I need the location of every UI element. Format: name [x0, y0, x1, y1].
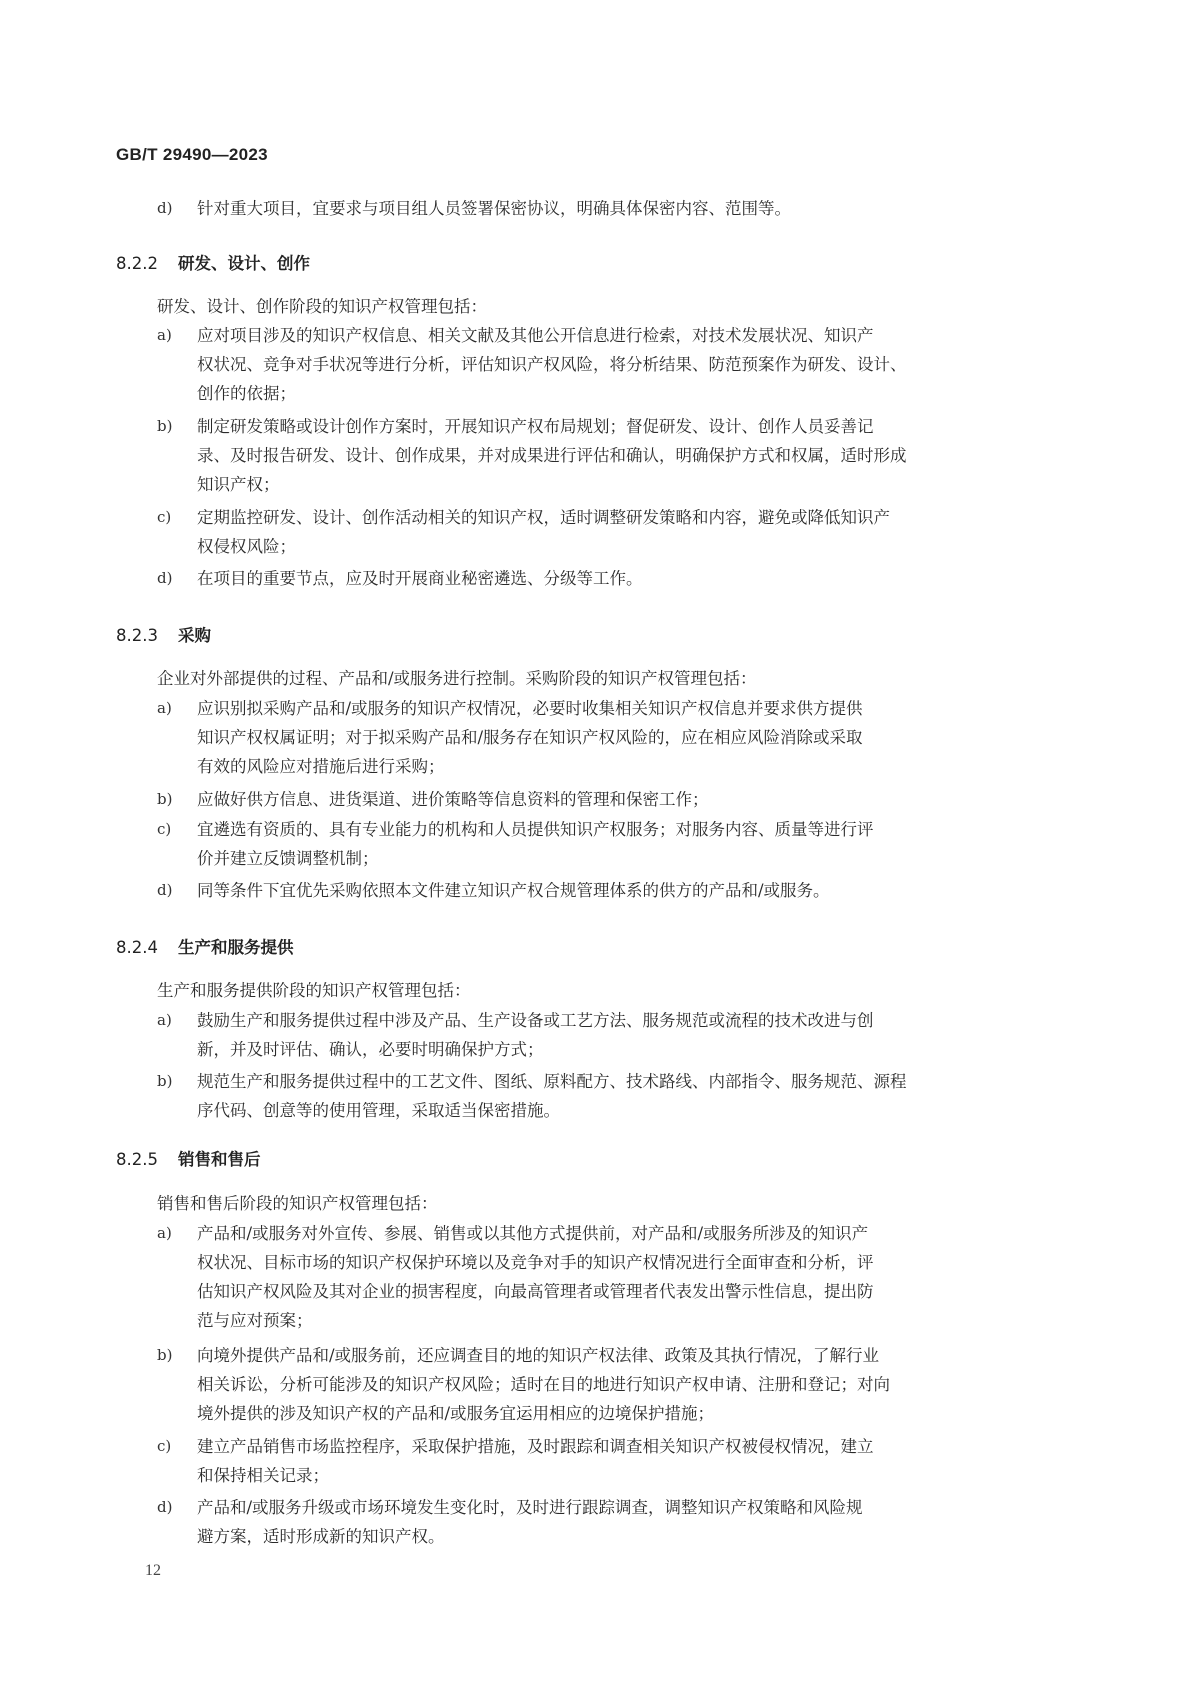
item-text: 针对重大项目，宜要求与项目组人员签署保密协议，明确具体保密内容、范围等。	[197, 194, 1107, 223]
item-label: c)	[157, 1432, 189, 1461]
section-title: 研发、设计、创作	[178, 254, 310, 273]
text-line: 知识产权；	[197, 470, 1107, 499]
text-line: 有效的风险应对措施后进行采购；	[197, 752, 1107, 781]
item-label: d)	[157, 1493, 189, 1522]
section-intro: 生产和服务提供阶段的知识产权管理包括：	[157, 976, 471, 1005]
text-line: 知识产权权属证明；对于拟采购产品和/服务存在知识产权风险的，应在相应风险消除或采…	[197, 723, 1107, 752]
item-label: a)	[157, 1006, 189, 1035]
item-text: 应识别拟采购产品和/或服务的知识产权情况，必要时收集相关知识产权信息并要求供方提…	[197, 694, 1107, 781]
text-line: 鼓励生产和服务提供过程中涉及产品、生产设备或工艺方法、服务规范或流程的技术改进与…	[197, 1006, 1107, 1035]
section-title: 采购	[178, 626, 211, 645]
text-line: 序代码、创意等的使用管理，采取适当保密措施。	[197, 1096, 1107, 1125]
item-label: b)	[157, 1067, 189, 1096]
text-line: 新，并及时评估、确认，必要时明确保护方式；	[197, 1035, 1107, 1064]
item-label: a)	[157, 1219, 189, 1248]
item-text: 应做好供方信息、进货渠道、进价策略等信息资料的管理和保密工作；	[197, 785, 1107, 814]
page-number: 12	[145, 1562, 161, 1580]
standard-code: GB/T 29490—2023	[116, 145, 268, 165]
item-text: 制定研发策略或设计创作方案时，开展知识产权布局规划；督促研发、设计、创作人员妥善…	[197, 412, 1107, 499]
text-line: 产品和/或服务对外宣传、参展、销售或以其他方式提供前，对产品和/或服务所涉及的知…	[197, 1219, 1107, 1248]
text-line: 应识别拟采购产品和/或服务的知识产权情况，必要时收集相关知识产权信息并要求供方提…	[197, 694, 1107, 723]
document-page: GB/T 29490—2023 d) 针对重大项目，宜要求与项目组人员签署保密协…	[0, 0, 1200, 1694]
item-text: 定期监控研发、设计、创作活动相关的知识产权，适时调整研发策略和内容，避免或降低知…	[197, 503, 1107, 561]
text-line: 制定研发策略或设计创作方案时，开展知识产权布局规划；督促研发、设计、创作人员妥善…	[197, 412, 1107, 441]
item-text: 规范生产和服务提供过程中的工艺文件、图纸、原料配方、技术路线、内部指令、服务规范…	[197, 1067, 1107, 1125]
text-line: 应做好供方信息、进货渠道、进价策略等信息资料的管理和保密工作；	[197, 785, 1107, 814]
item-text: 在项目的重要节点，应及时开展商业秘密遴选、分级等工作。	[197, 564, 1107, 593]
text-line: 和保持相关记录；	[197, 1461, 1107, 1490]
text-line: 产品和/或服务升级或市场环境发生变化时，及时进行跟踪调查，调整知识产权策略和风险…	[197, 1493, 1107, 1522]
text-line: 估知识产权风险及其对企业的损害程度，向最高管理者或管理者代表发出警示性信息，提出…	[197, 1277, 1107, 1306]
text-line: 境外提供的涉及知识产权的产品和/或服务宜运用相应的边境保护措施；	[197, 1399, 1107, 1428]
section-number: 8.2.3	[116, 626, 158, 645]
section-intro: 企业对外部提供的过程、产品和/或服务进行控制。采购阶段的知识产权管理包括：	[157, 664, 757, 693]
item-text: 宜遴选有资质的、具有专业能力的机构和人员提供知识产权服务；对服务内容、质量等进行…	[197, 815, 1107, 873]
section-number: 8.2.5	[116, 1150, 158, 1169]
text-line: 定期监控研发、设计、创作活动相关的知识产权，适时调整研发策略和内容，避免或降低知…	[197, 503, 1107, 532]
section-number: 8.2.4	[116, 938, 158, 957]
item-label: b)	[157, 1341, 189, 1370]
text-line: 权侵权风险；	[197, 532, 1107, 561]
text-line: 创作的依据；	[197, 379, 1107, 408]
item-text: 产品和/或服务对外宣传、参展、销售或以其他方式提供前，对产品和/或服务所涉及的知…	[197, 1219, 1107, 1335]
text-line: 避方案，适时形成新的知识产权。	[197, 1522, 1107, 1551]
section-title: 销售和售后	[178, 1150, 261, 1169]
text-line: 相关诉讼，分析可能涉及的知识产权风险；适时在目的地进行知识产权申请、注册和登记；…	[197, 1370, 1107, 1399]
section-heading: 8.2.5销售和售后	[116, 1146, 260, 1170]
item-label: b)	[157, 412, 189, 441]
text-line: 针对重大项目，宜要求与项目组人员签署保密协议，明确具体保密内容、范围等。	[197, 194, 1107, 223]
section-number: 8.2.2	[116, 254, 158, 273]
text-line: 权状况、目标市场的知识产权保护环境以及竞争对手的知识产权情况进行全面审查和分析，…	[197, 1248, 1107, 1277]
text-line: 同等条件下宜优先采购依照本文件建立知识产权合规管理体系的供方的产品和/或服务。	[197, 876, 1107, 905]
item-label: d)	[157, 194, 189, 223]
item-label: c)	[157, 815, 189, 844]
text-line: 向境外提供产品和/或服务前，还应调查目的地的知识产权法律、政策及其执行情况，了解…	[197, 1341, 1107, 1370]
item-label: a)	[157, 321, 189, 350]
item-label: a)	[157, 694, 189, 723]
section-intro: 销售和售后阶段的知识产权管理包括：	[157, 1189, 438, 1218]
text-line: 价并建立反馈调整机制；	[197, 844, 1107, 873]
item-label: b)	[157, 785, 189, 814]
text-line: 应对项目涉及的知识产权信息、相关文献及其他公开信息进行检索，对技术发展状况、知识…	[197, 321, 1107, 350]
section-heading: 8.2.4生产和服务提供	[116, 934, 293, 958]
item-text: 向境外提供产品和/或服务前，还应调查目的地的知识产权法律、政策及其执行情况，了解…	[197, 1341, 1107, 1428]
item-text: 鼓励生产和服务提供过程中涉及产品、生产设备或工艺方法、服务规范或流程的技术改进与…	[197, 1006, 1107, 1064]
text-line: 宜遴选有资质的、具有专业能力的机构和人员提供知识产权服务；对服务内容、质量等进行…	[197, 815, 1107, 844]
item-text: 建立产品销售市场监控程序，采取保护措施，及时跟踪和调查相关知识产权被侵权情况，建…	[197, 1432, 1107, 1490]
item-label: d)	[157, 564, 189, 593]
section-heading: 8.2.3采购	[116, 622, 211, 646]
text-line: 规范生产和服务提供过程中的工艺文件、图纸、原料配方、技术路线、内部指令、服务规范…	[197, 1067, 1107, 1096]
item-text: 应对项目涉及的知识产权信息、相关文献及其他公开信息进行检索，对技术发展状况、知识…	[197, 321, 1107, 408]
text-line: 在项目的重要节点，应及时开展商业秘密遴选、分级等工作。	[197, 564, 1107, 593]
item-text: 同等条件下宜优先采购依照本文件建立知识产权合规管理体系的供方的产品和/或服务。	[197, 876, 1107, 905]
text-line: 录、及时报告研发、设计、创作成果，并对成果进行评估和确认，明确保护方式和权属，适…	[197, 441, 1107, 470]
item-label: c)	[157, 503, 189, 532]
text-line: 建立产品销售市场监控程序，采取保护措施，及时跟踪和调查相关知识产权被侵权情况，建…	[197, 1432, 1107, 1461]
item-text: 产品和/或服务升级或市场环境发生变化时，及时进行跟踪调查，调整知识产权策略和风险…	[197, 1493, 1107, 1551]
section-heading: 8.2.2研发、设计、创作	[116, 250, 310, 274]
text-line: 范与应对预案；	[197, 1306, 1107, 1335]
section-title: 生产和服务提供	[178, 938, 294, 957]
item-label: d)	[157, 876, 189, 905]
section-intro: 研发、设计、创作阶段的知识产权管理包括：	[157, 292, 487, 321]
text-line: 权状况、竞争对手状况等进行分析，评估知识产权风险，将分析结果、防范预案作为研发、…	[197, 350, 1107, 379]
